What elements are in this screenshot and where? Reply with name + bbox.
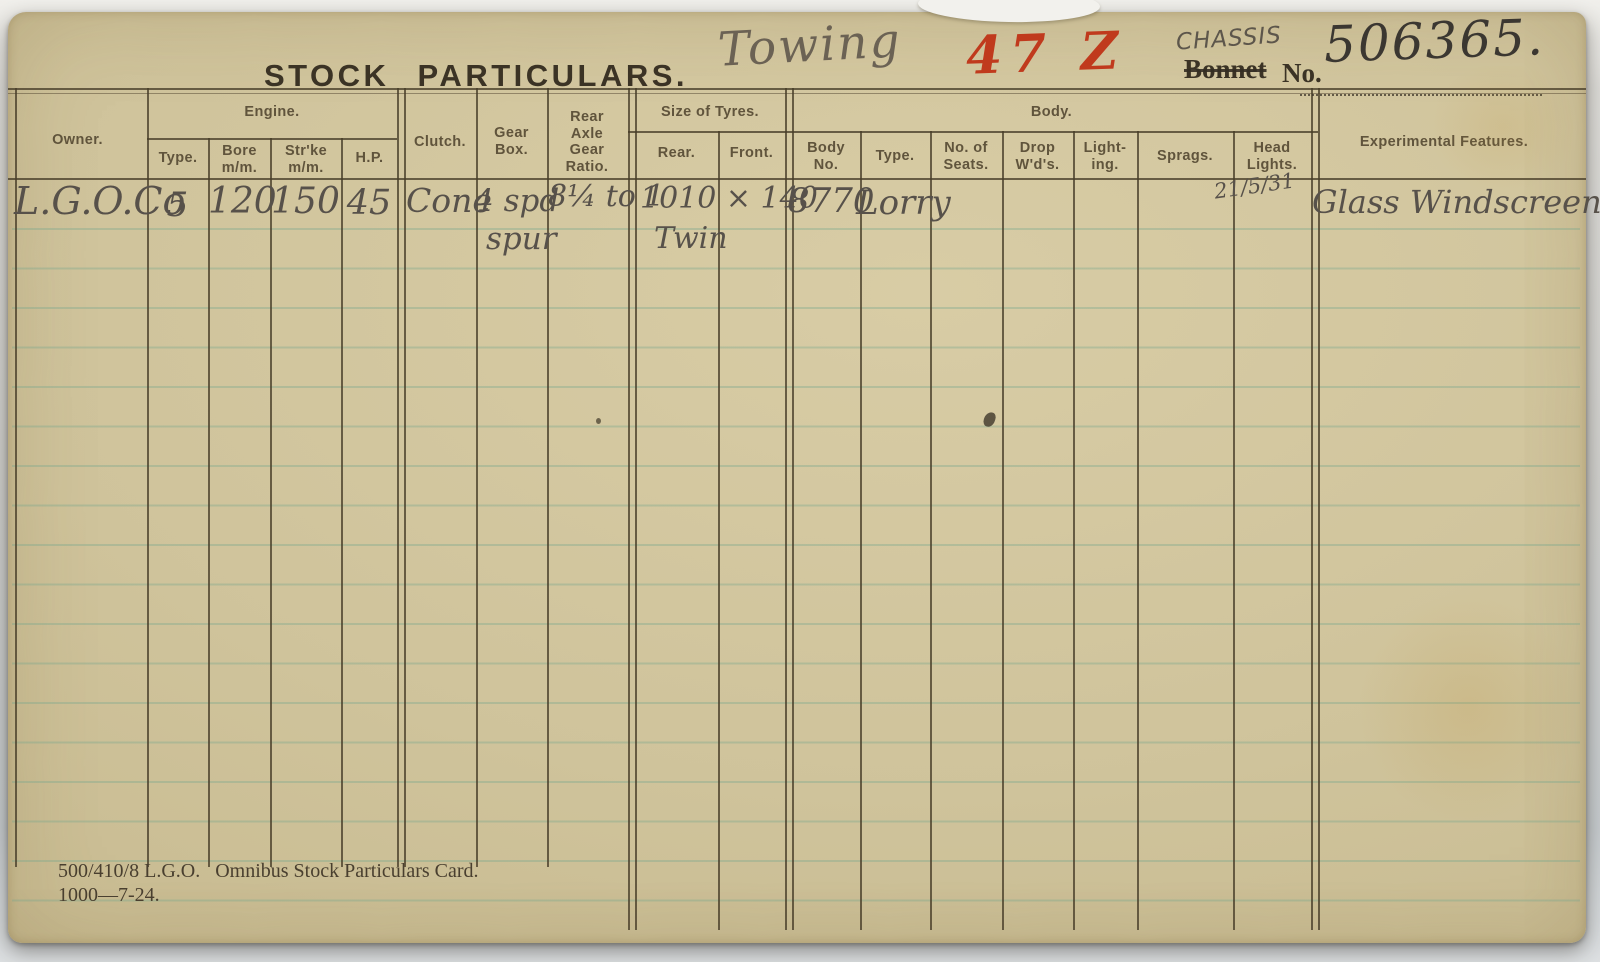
handwritten-duty-note: Towing — [717, 17, 903, 74]
col-header-gear-box: Gear Box. — [477, 125, 546, 158]
col-header-engine-type: Type. — [149, 150, 207, 167]
grid-line — [785, 131, 1318, 133]
page-title: STOCK PARTICULARS. — [264, 58, 688, 94]
col-header-lighting: Light-ing. — [1075, 140, 1135, 173]
form-print-code: 1000—7-24. — [58, 883, 479, 907]
ink-speck — [596, 418, 601, 424]
col-header-body-no: Body No. — [794, 140, 858, 173]
handwritten-chassis-number: 506365. — [1323, 12, 1545, 70]
col-header-body-group: Body. — [792, 104, 1311, 121]
grid-line — [1137, 131, 1139, 930]
stock-particulars-card: STOCK PARTICULARS. Towing 47 Z CHASSIS B… — [8, 12, 1586, 943]
col-header-drop-windows: Drop W'd's. — [1004, 140, 1071, 173]
grid-line — [1073, 131, 1075, 930]
col-header-hp: H.P. — [343, 150, 396, 167]
col-header-stroke: Str'ke m/m. — [272, 143, 340, 176]
col-header-engine-group: Engine. — [147, 104, 397, 121]
col-header-tyres-group: Size of Tyres. — [635, 104, 785, 121]
col-header-head-lights: Head Lights. — [1235, 140, 1309, 173]
value-body-type: Lorry — [856, 186, 951, 220]
value-experimental: Glass Windscreen — [1312, 186, 1600, 218]
col-header-tyres-rear: Rear. — [635, 145, 718, 162]
col-header-clutch: Clutch. — [404, 134, 476, 151]
paper-stain — [1428, 62, 1578, 192]
photo-background: STOCK PARTICULARS. Towing 47 Z CHASSIS B… — [0, 0, 1600, 962]
grid-line — [1233, 131, 1235, 930]
grid-line — [397, 88, 399, 867]
form-footer: 500/410/8 L.G.O. Omnibus Stock Particula… — [58, 859, 479, 907]
col-header-rear-axle: Rear Axle Gear Ratio. — [555, 109, 619, 175]
grid-line — [147, 138, 397, 140]
paper-stain — [1358, 592, 1578, 822]
grid-line — [208, 138, 210, 867]
grid-line — [270, 138, 272, 867]
handwritten-chassis-note: CHASSIS — [1175, 24, 1282, 54]
form-ref: 500/410/8 L.G.O. — [58, 860, 200, 882]
col-header-sprags: Sprags. — [1137, 148, 1233, 165]
ruled-lines — [12, 228, 1580, 930]
handwritten-stock-code: 47 Z — [965, 25, 1127, 83]
col-header-tyres-front: Front. — [718, 145, 785, 162]
col-header-owner: Owner. — [8, 132, 147, 149]
value-head-lights-date: 21/5/31 — [1213, 170, 1296, 202]
value-hp: 45 — [341, 186, 397, 221]
bonnet-label: Bonnet — [1184, 56, 1267, 83]
value-tyres-line2: Twin — [654, 224, 728, 254]
grid-line — [341, 138, 343, 867]
grid-line — [635, 88, 637, 930]
col-header-bore: Bore m/m. — [210, 143, 269, 176]
grid-line — [628, 131, 785, 133]
col-header-seats: No. of Seats. — [932, 140, 1000, 173]
grid-line — [8, 178, 1586, 180]
grid-line — [628, 88, 630, 930]
col-header-body-type: Type. — [860, 148, 930, 165]
grid-line — [860, 131, 862, 930]
form-footer-line1: 500/410/8 L.G.O. Omnibus Stock Particula… — [58, 859, 479, 883]
form-title: Omnibus Stock Particulars Card. — [215, 860, 478, 882]
value-gear-box-line2: spur — [486, 224, 557, 255]
value-gear-box-line1: 4 spd — [474, 186, 559, 217]
value-stroke: 150 — [270, 184, 341, 220]
grid-line — [1002, 131, 1004, 930]
value-bore: 120 — [208, 184, 270, 220]
value-engine-type: 5 — [147, 188, 208, 222]
grid-line — [930, 131, 932, 930]
